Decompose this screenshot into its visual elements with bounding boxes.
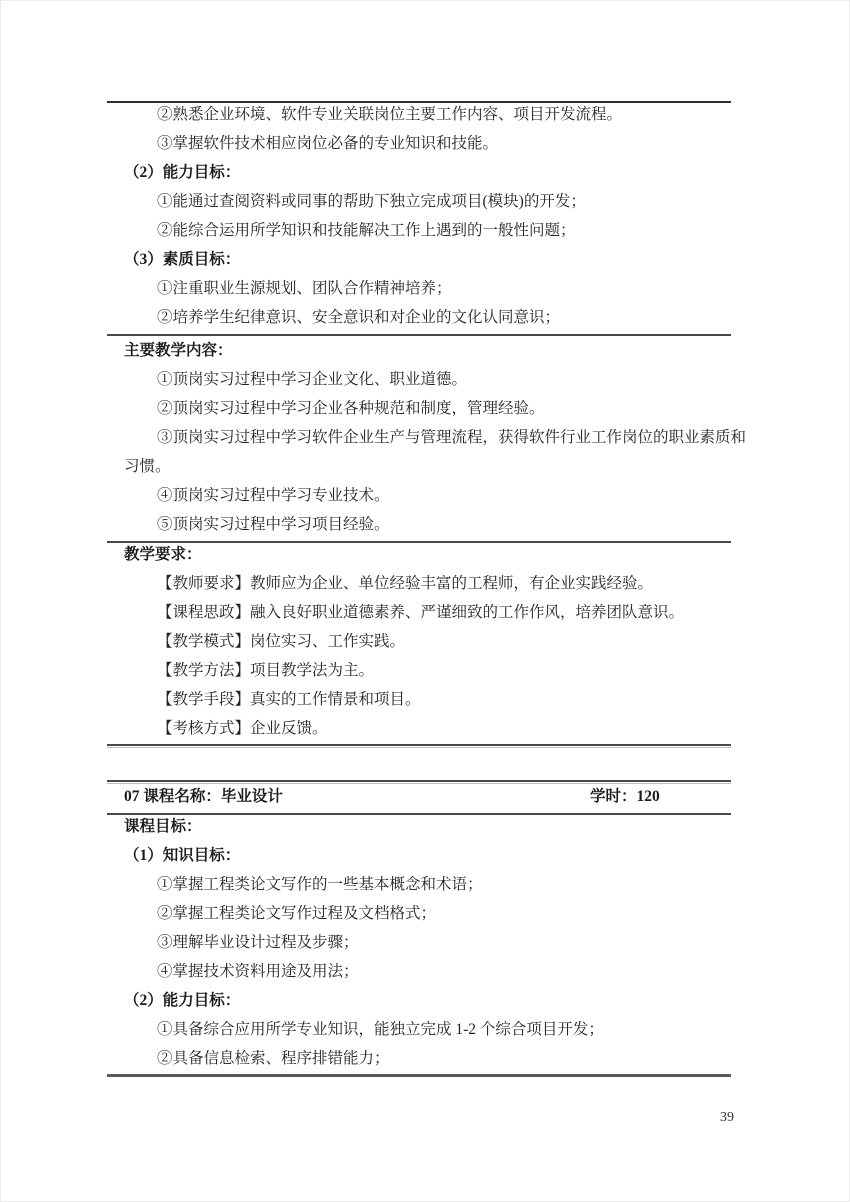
- section-title: 主要教学内容：: [107, 336, 731, 365]
- list-item: 【教师要求】教师应为企业、单位经验丰富的工程师，有企业实践经验。: [107, 569, 731, 598]
- list-item: ③理解毕业设计过程及步骤；: [107, 928, 731, 957]
- list-item: ③掌握软件技术相应岗位必备的专业知识和技能。: [107, 129, 731, 158]
- list-item: ②培养学生纪律意识、安全意识和对企业的文化认同意识；: [107, 303, 731, 332]
- list-item: ①注重职业生源规划、团队合作精神培养；: [107, 274, 731, 303]
- list-item: 【教学模式】岗位实习、工作实践。: [107, 627, 731, 656]
- section-title: 课程目标：: [107, 812, 731, 841]
- list-item: ②具备信息检索、程序排错能力；: [107, 1044, 731, 1073]
- list-item: ⑤顶岗实习过程中学习项目经验。: [107, 510, 731, 539]
- list-item: ②熟悉企业环境、软件专业关联岗位主要工作内容、项目开发流程。: [107, 100, 731, 129]
- list-item: 【教学手段】真实的工作情景和项目。: [107, 685, 731, 714]
- course-hours: 学时：120: [590, 783, 660, 811]
- list-item: ②顶岗实习过程中学习企业各种规范和制度，管理经验。: [107, 394, 731, 423]
- list-item: ①顶岗实习过程中学习企业文化、职业道德。: [107, 365, 731, 394]
- list-item: ①具备综合应用所学专业知识，能独立完成 1-2 个综合项目开发；: [107, 1015, 731, 1044]
- list-item: 【考核方式】企业反馈。: [107, 714, 731, 743]
- list-item: 【教学方法】项目教学法为主。: [107, 656, 731, 685]
- table2-bottom-border: [107, 1074, 731, 1077]
- list-item: ①掌握工程类论文写作的一些基本概念和术语；: [107, 870, 731, 899]
- list-item: ②能综合运用所学知识和技能解决工作上遇到的一般性问题；: [107, 216, 731, 245]
- list-item-wrap: 习惯。: [107, 452, 731, 481]
- list-item: ④掌握技术资料用途及用法；: [107, 957, 731, 986]
- section-objectives-continued: ②熟悉企业环境、软件专业关联岗位主要工作内容、项目开发流程。 ③掌握软件技术相应…: [107, 100, 731, 332]
- subheading-ability-goals: （2）能力目标：: [107, 158, 731, 187]
- page-number: 39: [712, 1108, 742, 1128]
- subheading-quality-goals: （3）素质目标：: [107, 245, 731, 274]
- list-item: ②掌握工程类论文写作过程及文档格式；: [107, 899, 731, 928]
- course-header-row: 07 课程名称：毕业设计 学时：120: [107, 783, 731, 813]
- list-item: 【课程思政】融入良好职业道德素养、严谨细致的工作作风，培养团队意识。: [107, 598, 731, 627]
- section-teaching-requirements: 教学要求： 【教师要求】教师应为企业、单位经验丰富的工程师，有企业实践经验。 【…: [107, 540, 731, 743]
- list-item: ④顶岗实习过程中学习专业技术。: [107, 481, 731, 510]
- subheading-ability-goals: （2）能力目标：: [107, 986, 731, 1015]
- section-teaching-content: 主要教学内容： ①顶岗实习过程中学习企业文化、职业道德。 ②顶岗实习过程中学习企…: [107, 336, 731, 539]
- section-title: 教学要求：: [107, 540, 731, 569]
- table1-bottom-border: [107, 744, 731, 748]
- section-course-objectives: 课程目标： （1）知识目标： ①掌握工程类论文写作的一些基本概念和术语； ②掌握…: [107, 812, 731, 1073]
- list-item: ③顶岗实习过程中学习软件企业生产与管理流程，获得软件行业工作岗位的职业素质和: [107, 423, 731, 452]
- list-item: ①能通过查阅资料或同事的帮助下独立完成项目(模块)的开发；: [107, 187, 731, 216]
- document-page: ②熟悉企业环境、软件专业关联岗位主要工作内容、项目开发流程。 ③掌握软件技术相应…: [0, 0, 850, 1202]
- subheading-knowledge-goals: （1）知识目标：: [107, 841, 731, 870]
